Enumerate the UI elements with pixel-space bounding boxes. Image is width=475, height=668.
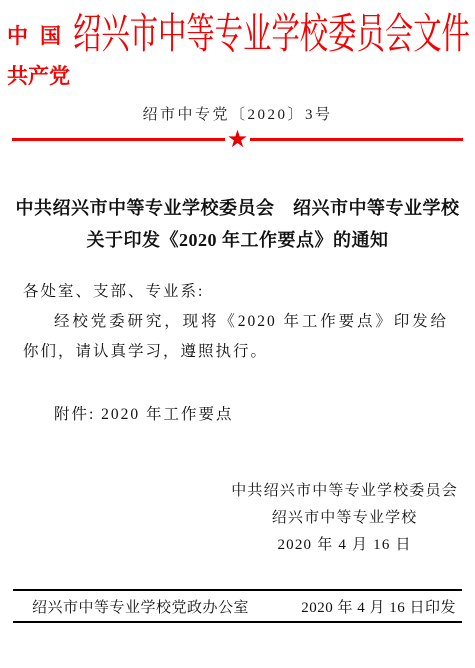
document-body: 各处室、支部、专业系: 经校党委研究，现将《2020 年工作要点》印发给你们，请… xyxy=(23,277,448,367)
document-number: 绍市中专党〔2020〕3号 xyxy=(0,103,475,124)
attachment-note: 附件: 2020 年工作要点 xyxy=(23,400,448,430)
signature-org-line2: 绍兴市中等专业学校 xyxy=(231,505,458,532)
footer-print-date: 2020 年 4 月 16 日印发 xyxy=(301,596,456,617)
document-title-line1: 中共绍兴市中等专业学校委员会 绍兴市中等专业学校 xyxy=(0,192,475,224)
body-paragraph: 经校党委研究，现将《2020 年工作要点》印发给你们，请认真学习，遵照执行。 xyxy=(23,307,448,367)
salutation: 各处室、支部、专业系: xyxy=(23,277,448,307)
signature-org-line1: 中共绍兴市中等专业学校委员会 xyxy=(231,478,458,505)
red-rule-right-segment xyxy=(250,138,463,141)
red-rule-left-segment xyxy=(12,138,225,141)
red-star-icon: ★ xyxy=(227,129,249,150)
party-name-block: 中 国 共产党 xyxy=(7,17,70,97)
signature-date: 2020 年 4 月 16 日 xyxy=(231,532,458,559)
party-name-line1: 中 国 xyxy=(7,17,61,57)
official-document-page: 中 国 共产党 绍兴市中等专业学校委员会文件 绍市中专党〔2020〕3号 ★ 中… xyxy=(0,0,475,668)
signature-block: 中共绍兴市中等专业学校委员会 绍兴市中等专业学校 2020 年 4 月 16 日 xyxy=(231,478,458,559)
party-name-line2: 共产党 xyxy=(7,57,70,97)
document-title: 中共绍兴市中等专业学校委员会 绍兴市中等专业学校 关于印发《2020 年工作要点… xyxy=(0,192,475,256)
document-title-line2: 关于印发《2020 年工作要点》的通知 xyxy=(0,224,475,256)
footer-bar: 绍兴市中等专业学校党政办公室 2020 年 4 月 16 日印发 xyxy=(13,589,462,623)
letterhead-org-title: 绍兴市中等专业学校委员会文件 xyxy=(73,11,470,59)
footer-issuing-office: 绍兴市中等专业学校党政办公室 xyxy=(32,596,249,617)
red-divider-rule: ★ xyxy=(12,129,463,150)
